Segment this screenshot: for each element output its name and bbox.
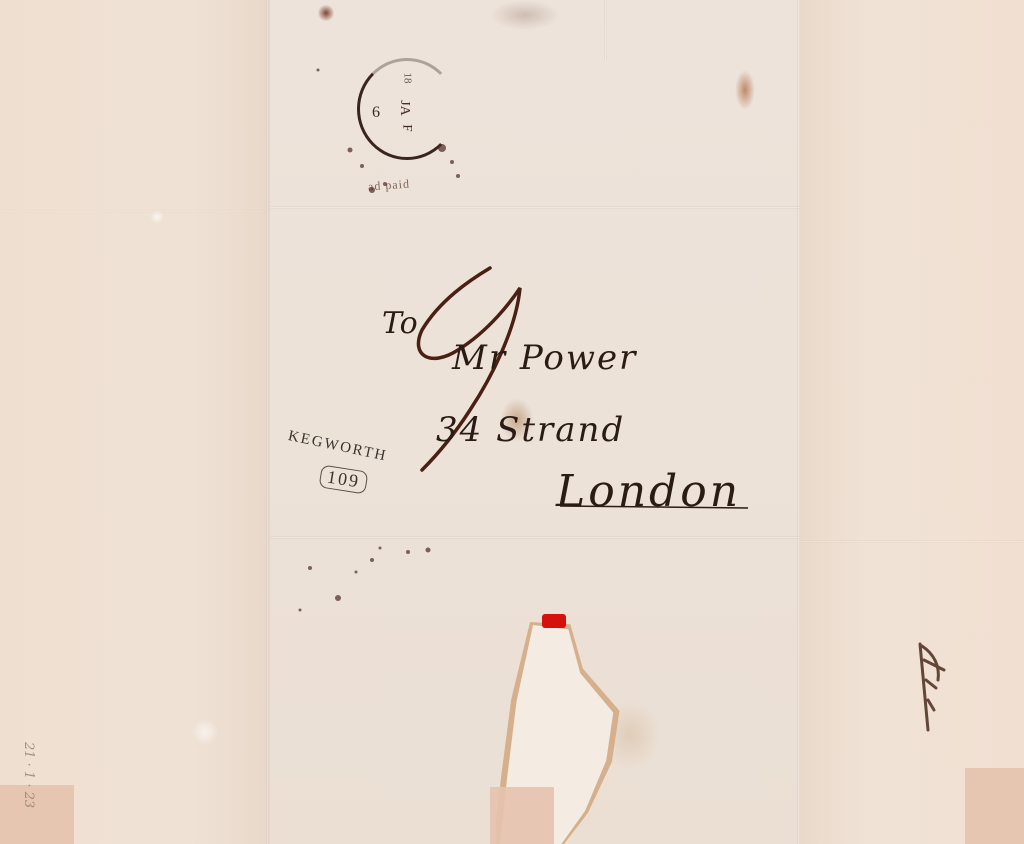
city-underline (556, 500, 756, 514)
docket-scribble (914, 640, 954, 740)
address-street: 34 Strand (436, 410, 625, 450)
address-to: To (382, 306, 418, 341)
addressee-name: Mr Power (452, 338, 637, 378)
pencil-annotation: 21 · 1 · 23 (21, 742, 36, 808)
folded-letter: 18 6 JA F ad paid To Mr Power 34 Strand … (0, 0, 1024, 844)
